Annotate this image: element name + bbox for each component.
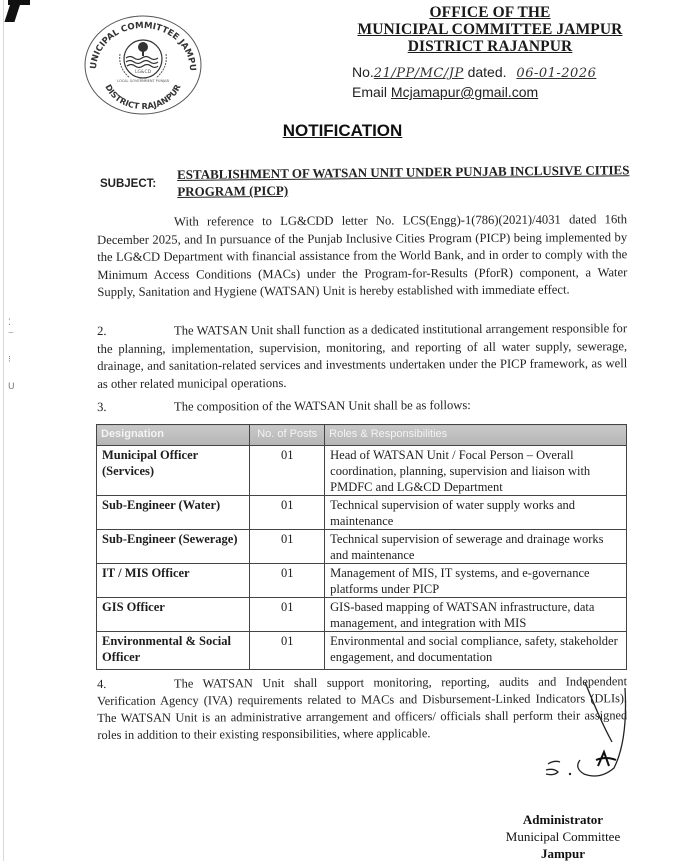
cell-roles: Technical supervision of sewerage and dr…: [325, 530, 627, 564]
paragraph-2-number: 2.: [97, 323, 174, 341]
office-line-1: OFFICE OF THE: [340, 4, 640, 21]
cell-roles: Environmental and social compliance, saf…: [325, 632, 627, 670]
table-row: Environmental & Social Officer 01 Enviro…: [97, 632, 627, 670]
table-row: Sub-Engineer (Sewerage) 01 Technical sup…: [97, 530, 627, 564]
paragraph-1: With reference to LG&CDD letter No. LCS(…: [97, 211, 627, 302]
cell-posts: 01: [250, 632, 325, 670]
svg-text:LOCAL GOVERNMENT PUNJAB: LOCAL GOVERNMENT PUNJAB: [117, 79, 169, 83]
paragraph-3: 3.The composition of the WATSAN Unit sha…: [97, 396, 627, 416]
ref-no-label: No.: [352, 64, 374, 80]
header-designation: Designation: [97, 425, 250, 446]
signature-icon: [510, 680, 650, 790]
cell-designation: Sub-Engineer (Water): [97, 496, 250, 530]
paragraph-4-number: 4.: [97, 676, 174, 693]
email-address: Mcjamapur@gmail.com: [391, 84, 538, 100]
signatory-block: Administrator Municipal Committee Jampur: [488, 811, 638, 861]
paragraph-3-text: The composition of the WATSAN Unit shall…: [174, 398, 471, 414]
cell-posts: 01: [250, 564, 325, 598]
scan-speck: ᑌ: [8, 382, 15, 392]
table-header-row: Designation No. of Posts Roles & Respons…: [97, 425, 627, 446]
cell-designation: Sub-Engineer (Sewerage): [97, 530, 250, 564]
signatory-place: Jampur: [488, 845, 638, 861]
subject-text: ESTABLISHMENT OF WATSAN UNIT UNDER PUNJA…: [177, 161, 637, 200]
paragraph-2: 2.The WATSAN Unit shall function as a de…: [97, 320, 627, 393]
cell-posts: 01: [250, 496, 325, 530]
svg-text:DISTRICT RAJANPUR: DISTRICT RAJANPUR: [103, 82, 183, 111]
scan-speck: ⁝: [8, 355, 11, 365]
seal-emblem-icon: MUNICIPAL COMMITTEE JAMPUR DISTRICT RAJA…: [82, 14, 204, 116]
subject-label: SUBJECT:: [100, 178, 156, 190]
handwritten-signature: [530, 740, 640, 800]
paragraph-1-text: With reference to LG&CDD letter No. LCS(…: [97, 212, 627, 299]
ref-dated-label: dated.: [468, 64, 507, 80]
paragraph-3-number: 3.: [97, 399, 174, 417]
table-row: GIS Officer 01 GIS-based mapping of WATS…: [97, 598, 627, 632]
cell-roles: Management of MIS, IT systems, and e-gov…: [325, 564, 627, 598]
cell-roles: GIS-based mapping of WATSAN infrastructu…: [325, 598, 627, 632]
cell-posts: 01: [250, 530, 325, 564]
watsan-composition-table: Designation No. of Posts Roles & Respons…: [96, 424, 627, 670]
ref-dated-value: 06-01-2026: [510, 66, 602, 81]
cell-roles: Head of WATSAN Unit / Focal Person – Ove…: [325, 446, 627, 496]
official-seal: MUNICIPAL COMMITTEE JAMPUR DISTRICT RAJA…: [82, 14, 204, 116]
cell-roles: Technical supervision of water supply wo…: [325, 496, 627, 530]
office-line-2: MUNICIPAL COMMITTEE JAMPUR: [340, 21, 640, 38]
cell-posts: 01: [250, 598, 325, 632]
header-roles: Roles & Responsibilities: [325, 425, 627, 446]
email-line: Email Mcjamapur@gmail.com: [352, 84, 538, 100]
notification-title: NOTIFICATION: [0, 121, 685, 141]
office-line-3: DISTRICT RAJANPUR: [340, 38, 640, 55]
cell-designation: GIS Officer: [97, 598, 250, 632]
cell-designation: IT / MIS Officer: [97, 564, 250, 598]
cell-designation: Environmental & Social Officer: [97, 632, 250, 670]
email-label: Email: [352, 84, 387, 100]
signatory-organization: Municipal Committee: [488, 828, 638, 845]
paragraph-2-text: The WATSAN Unit shall function as a dedi…: [97, 321, 627, 391]
scan-speck: ⁚⌣: [8, 318, 14, 338]
cell-designation: Municipal Officer (Services): [97, 446, 250, 496]
header-posts: No. of Posts: [250, 425, 325, 446]
table-row: Sub-Engineer (Water) 01 Technical superv…: [97, 496, 627, 530]
cell-posts: 01: [250, 446, 325, 496]
table-row: IT / MIS Officer 01 Management of MIS, I…: [97, 564, 627, 598]
table-row: Municipal Officer (Services) 01 Head of …: [97, 446, 627, 496]
signatory-title: Administrator: [488, 811, 638, 828]
svg-text:LG&CD: LG&CD: [135, 69, 152, 75]
scan-corner-mark: [8, 0, 30, 5]
ref-no-value: 21/PP/MC/JP: [374, 66, 464, 81]
office-header: OFFICE OF THE MUNICIPAL COMMITTEE JAMPUR…: [340, 4, 640, 55]
reference-number-line: No.21/PP/MC/JP dated. 06-01-2026: [352, 64, 602, 81]
